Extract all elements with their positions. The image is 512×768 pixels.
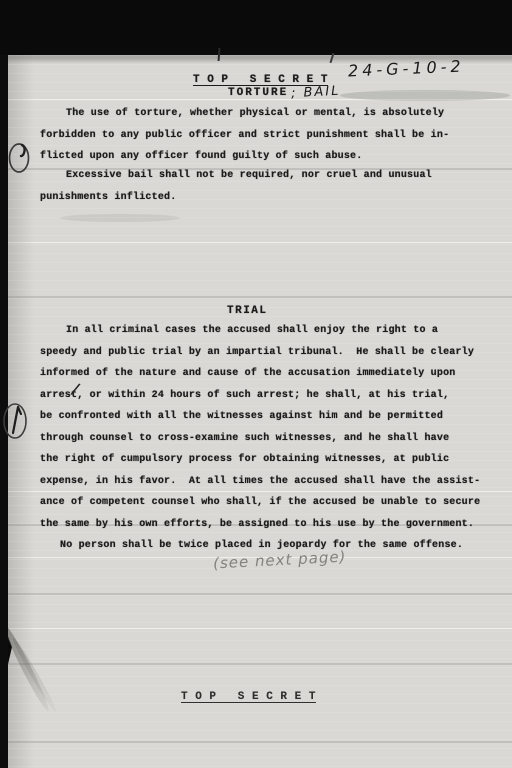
scan-line <box>8 663 512 665</box>
scanned-document-page: 24-G-10-2 T O P S E C R E T TORTURE ; BA… <box>0 0 512 768</box>
scan-top-border <box>0 0 512 55</box>
paragraph-torture: The use of torture, whether physical or … <box>40 103 505 168</box>
circled-stroke-mark-icon <box>6 138 33 177</box>
paragraph-bail: Excessive bail shall not be required, no… <box>40 165 505 208</box>
scan-line <box>8 242 512 243</box>
classification-footer: T O P S E C R E T <box>181 687 316 709</box>
scan-line <box>8 296 512 298</box>
scan-line <box>8 593 512 595</box>
scan-line <box>8 628 512 629</box>
handwritten-title-addition: ; BAIL <box>291 84 341 102</box>
circled-numeral-1-icon <box>1 397 31 445</box>
scan-line <box>8 741 512 743</box>
paragraph-trial: In all criminal cases the accused shall … <box>40 320 505 535</box>
document-title: TORTURE <box>228 83 288 105</box>
